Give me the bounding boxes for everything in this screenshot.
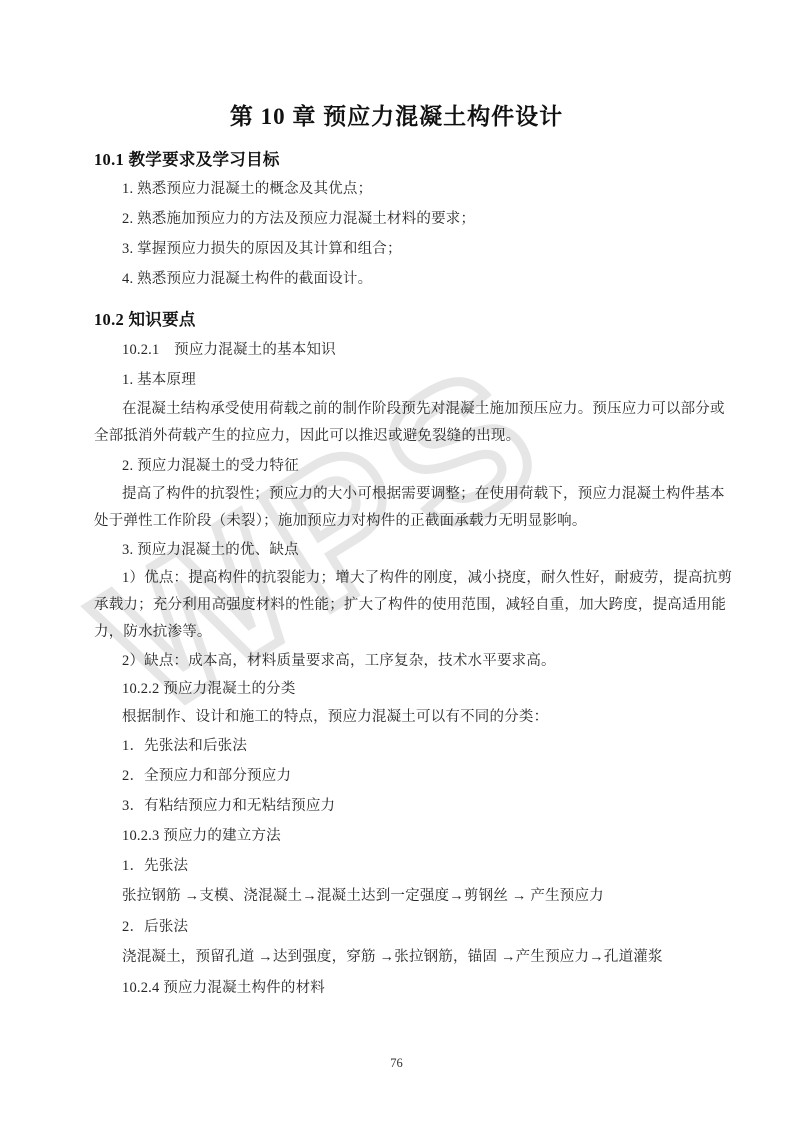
doc-line: 处于弹性工作阶段（未裂）；施加预应力对构件的正截面承载力无明显影响。 [94,511,587,531]
doc-line: 3．有粘结预应力和无粘结预应力 [122,796,335,816]
subsection-heading-10-2-1: 10.2.1 预应力混凝土的基本知识 [122,340,336,360]
subsection-heading-10-2-3: 10.2.3 预应力的建立方法 [122,826,281,846]
process-flow-line: 张拉钢筋 →支模、浇混凝土→混凝土达到一定强度→剪钢丝 → 产生预应力 [122,886,604,906]
page-number: 76 [0,1056,793,1071]
doc-line: 2．后张法 [122,917,188,937]
doc-line: 提高了构件的抗裂性；预应力的大小可根据需要调整；在使用荷载下，预应力混凝土构件基… [122,484,725,504]
doc-line: 1．先张法和后张法 [122,736,247,756]
doc-line: 力，防水抗渗等。 [94,622,212,642]
chapter-title: 第 10 章 预应力混凝土构件设计 [0,98,793,131]
subsection-heading-10-2-2: 10.2.2 预应力混凝土的分类 [122,679,296,699]
list-item: 3. 掌握预应力损失的原因及其计算和组合； [122,239,402,259]
document-page: WPS 第 10 章 预应力混凝土构件设计 10.1 教学要求及学习目标 1. … [0,0,793,1122]
text-layer: 第 10 章 预应力混凝土构件设计 10.1 教学要求及学习目标 1. 熟悉预应… [0,0,793,1122]
doc-line: 全部抵消外荷载产生的拉应力，因此可以推迟或避免裂缝的出现。 [94,426,520,446]
process-flow-line: 浇混凝土，预留孔道 →达到强度，穿筋 →张拉钢筋，锚固 →产生预应力→孔道灌浆 [122,947,663,967]
section-heading-10-1: 10.1 教学要求及学习目标 [94,146,280,170]
doc-line: 1．先张法 [122,856,188,876]
section-heading-10-2: 10.2 知识要点 [94,306,196,330]
doc-line: 2）缺点：成本高，材料质量要求高，工序复杂，技术水平要求高。 [122,651,556,671]
doc-line: 在混凝土结构承受使用荷载之前的制作阶段预先对混凝土施加预压应力。预压应力可以部分… [122,399,725,419]
subsection-heading-10-2-4: 10.2.4 预应力混凝土构件的材料 [122,978,325,998]
doc-line: 1. 基本原理 [122,370,196,390]
doc-line: 1）优点：提高构件的抗裂能力；增大了构件的刚度，减小挠度，耐久性好，耐疲劳，提高… [122,568,732,588]
doc-line: 3. 预应力混凝土的优、缺点 [122,540,299,560]
list-item: 2. 熟悉施加预应力的方法及预应力混凝土材料的要求； [122,209,475,229]
list-item: 4. 熟悉预应力混凝土构件的截面设计。 [122,269,372,289]
doc-line: 根据制作、设计和施工的特点，预应力混凝土可以有不同的分类： [122,707,548,727]
doc-line: 承载力；充分利用高强度材料的性能；扩大了构件的使用范围，减轻自重，加大跨度，提高… [94,595,726,615]
doc-line: 2. 预应力混凝土的受力特征 [122,456,299,476]
list-item: 1. 熟悉预应力混凝土的概念及其优点； [122,179,372,199]
doc-line: 2．全预应力和部分预应力 [122,766,291,786]
